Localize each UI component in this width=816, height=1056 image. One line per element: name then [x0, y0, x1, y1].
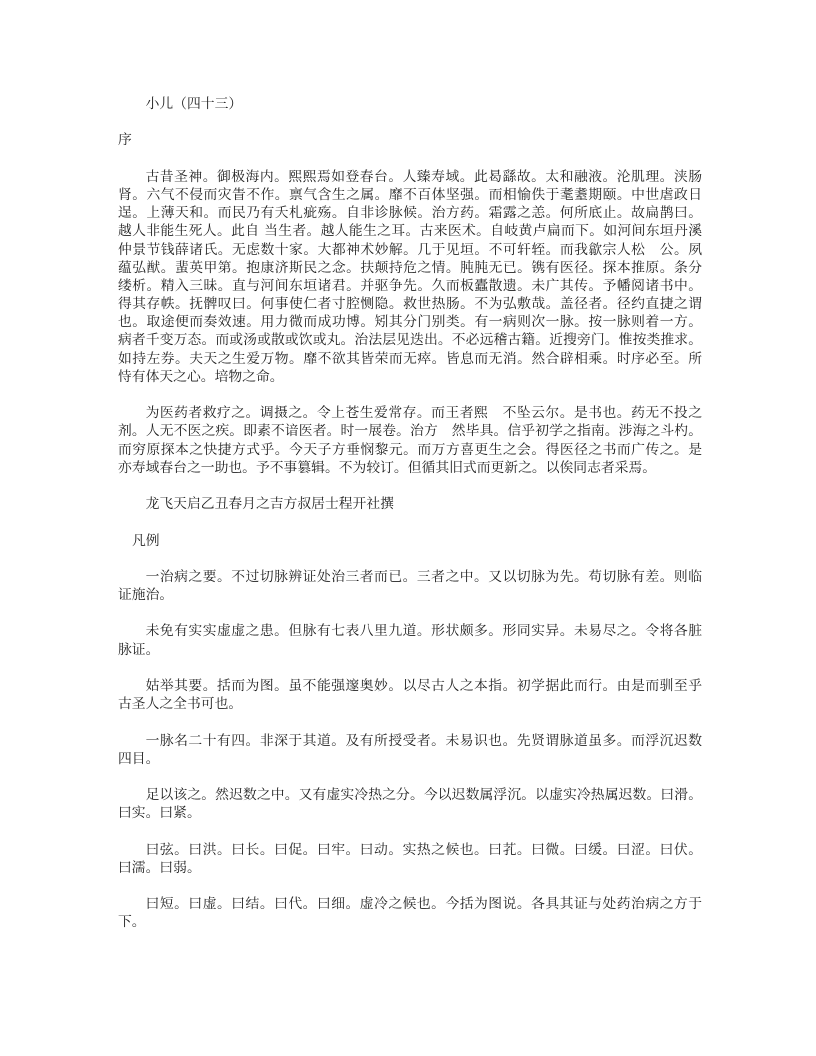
text-line: 古昔圣神。御极海内。熙熙焉如登春台。人臻寿域。此曷繇故。太和融液。沦肌理。浃肠	[118, 168, 702, 186]
paragraph-spacer	[118, 386, 702, 404]
text-line: 恃有体天之心。培物之命。	[118, 368, 702, 386]
text-line: 证施治。	[118, 586, 702, 604]
document-page: 小儿（四十三） 序 古昔圣神。御极海内。熙熙焉如登春台。人臻寿域。此曷繇故。太和…	[0, 0, 816, 1056]
paragraph-spacer	[118, 823, 702, 841]
paragraph-spacer	[118, 659, 702, 677]
paragraph-spacer	[118, 513, 702, 531]
fanli-heading: 凡例	[118, 532, 702, 550]
text-line: 蕴弘猷。蜚英甲第。抱康济斯民之念。扶颠持危之情。肫肫无已。镌有医径。探本推原。条…	[118, 259, 702, 277]
text-line: 曰弦。曰洪。曰长。曰促。曰牢。曰动。实热之候也。曰芤。曰微。曰缓。曰涩。曰伏。	[118, 841, 702, 859]
paragraph-spacer	[118, 768, 702, 786]
text-line: 亦寿域春台之一助也。予不事篡辑。不为较订。但循其旧式而更新之。以俟同志者采焉。	[118, 459, 702, 477]
text-line: 为医药者救疗之。调摄之。令上苍生爱常存。而王者熙 不坠云尔。是书也。药无不投之	[118, 404, 702, 422]
preface-paragraphs: 古昔圣神。御极海内。熙熙焉如登春台。人臻寿域。此曷繇故。太和融液。沦肌理。浃肠肾…	[118, 168, 702, 495]
text-line: 逞。上薄天和。而民乃有夭札疵殇。自非诊脉候。治方药。霜露之恙。何所底止。故扁鹊曰…	[118, 204, 702, 222]
text-line: 也。取途便而奏效速。用力微而成功博。矧其分门别类。有一病则次一脉。按一脉则着一方…	[118, 313, 702, 331]
text-line: 得其存帙。抚髀叹曰。何事使仁者寸腔恻隐。救世热肠。不为弘敷哉。盖径者。径约直捷之…	[118, 295, 702, 313]
colophon-line: 龙飞天启乙丑春月之吉方叔居士程开社撰	[118, 495, 702, 513]
paragraph-spacer	[118, 113, 702, 131]
text-line: 一治病之要。不过切脉辨证处治三者而已。三者之中。又以切脉为先。苟切脉有差。则临	[118, 568, 702, 586]
paragraph-spacer	[118, 713, 702, 731]
preface-heading: 序	[118, 131, 702, 149]
paragraph-spacer	[118, 877, 702, 895]
paragraph-spacer	[118, 150, 702, 168]
text-line: 曰短。曰虚。曰结。曰代。曰细。虚冷之候也。今括为图说。各具其证与处药治病之方于	[118, 895, 702, 913]
text-line: 肾。六气不侵而灾眚不作。禀气含生之属。靡不百体坚强。而相愉佚于耄耋期颐。中世虐政…	[118, 186, 702, 204]
text-line: 如持左券。夫天之生爱万物。靡不欲其皆荣而无瘁。皆息而无消。然合辟相乘。时序必至。…	[118, 350, 702, 368]
text-line: 四目。	[118, 750, 702, 768]
text-line: 病者千变万态。而或汤或散或饮或丸。治法层见迭出。不必远稽古籍。近搜旁门。惟按类推…	[118, 331, 702, 349]
text-line: 古圣人之全书可也。	[118, 695, 702, 713]
text-line: 仲景节钱薛诸氏。无虑数十家。大都神术妙解。几于见垣。不可轩轾。而我歙宗人松 公。…	[118, 241, 702, 259]
text-line: 缕析。精入三昧。直与河间东垣诸君。并驱争先。久而板蠹散遗。未广其传。予幡阅诸书中…	[118, 277, 702, 295]
text-line: 足以该之。然迟数之中。又有虚实冷热之分。今以迟数属浮沉。以虚实冷热属迟数。曰滑。	[118, 786, 702, 804]
paragraph-spacer	[118, 477, 702, 495]
text-line: 剂。人无不医之疾。即素不谙医者。时一展卷。治方 然毕具。信乎初学之指南。涉海之斗…	[118, 422, 702, 440]
text-line: 脉证。	[118, 641, 702, 659]
text-line: 一脉名二十有四。非深于其道。及有所授受者。未易识也。先贤谓脉道虽多。而浮沉迟数	[118, 732, 702, 750]
paragraph-spacer	[118, 550, 702, 568]
text-line: 曰濡。曰弱。	[118, 859, 702, 877]
page-title: 小儿（四十三）	[118, 95, 702, 113]
text-line: 下。	[118, 913, 702, 931]
text-line: 姑举其要。括而为图。虽不能强邃奥妙。以尽古人之本指。初学据此而行。由是而驯至乎	[118, 677, 702, 695]
text-line: 越人非能生死人。此自 当生者。越人能生之耳。古来医术。自岐黄卢扁而下。如河间东垣…	[118, 222, 702, 240]
text-line: 曰实。曰紧。	[118, 804, 702, 822]
paragraph-spacer	[118, 932, 702, 950]
paragraph-spacer	[118, 604, 702, 622]
text-line: 未免有实实虚虚之患。但脉有七表八里九道。形状颇多。形同实异。未易尽之。令将各脏	[118, 622, 702, 640]
text-line: 而穷原探本之快捷方式乎。今天子方垂悯黎元。而万方喜更生之会。得医径之书而广传之。…	[118, 441, 702, 459]
fanli-paragraphs: 一治病之要。不过切脉辨证处治三者而已。三者之中。又以切脉为先。苟切脉有差。则临证…	[118, 568, 702, 950]
